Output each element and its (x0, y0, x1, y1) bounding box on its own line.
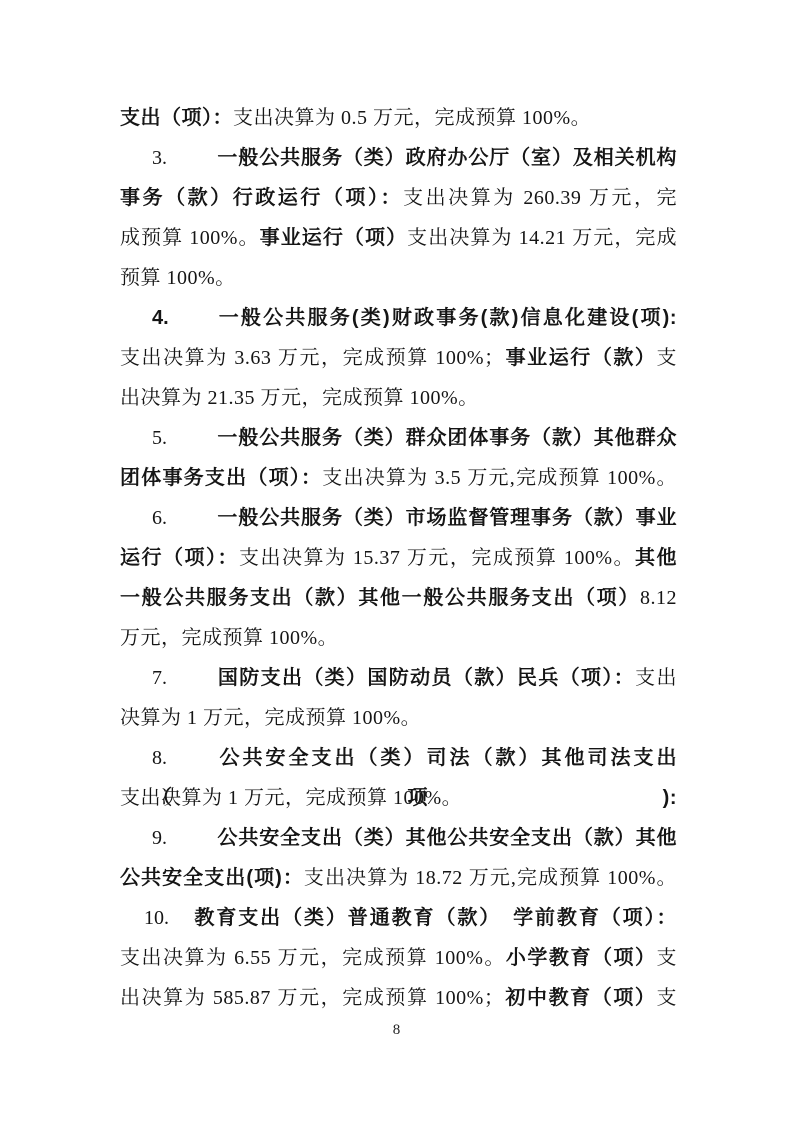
body-text: 万元，完成预算 100%。 (120, 627, 338, 649)
body-text: 支出决算为 260.39 万元，完 (403, 187, 677, 209)
body-text: 预算 100%。 (120, 267, 236, 289)
text-line: 支出（项）：支出决算为 0.5 万元，完成预算 100%。 (120, 98, 677, 138)
budget-heading-text: 公共安全支出(项)： (120, 867, 304, 889)
page-number: 8 (0, 1018, 793, 1042)
budget-heading-text: 一般公共服务支出（款）其他一般公共服务支出（项） (120, 587, 640, 609)
text-line: 7.国防支出（类）国防动员（款）民兵（项）：支出 (120, 658, 677, 698)
budget-heading-text: 运行（项）： (120, 547, 239, 569)
body-text: 支出决算为 3.5 万元,完成预算 100%。 (322, 467, 677, 489)
text-line: 10.教育支出（类）普通教育（款） 学前教育（项）： (120, 898, 677, 938)
budget-heading-text: 一般公共服务（类）政府办公厅（室）及相关机构 (217, 147, 677, 169)
paragraph-number: 8. (152, 738, 217, 778)
budget-heading-text: 事业运行（款） (505, 347, 657, 369)
budget-heading-text: 事务（款）行政运行（项）： (120, 187, 403, 209)
paragraph-number: 9. (152, 818, 217, 858)
body-text: 支出决算为 3.63 万元，完成预算 100%； (120, 347, 505, 369)
text-line: 公共安全支出(项)：支出决算为 18.72 万元,完成预算 100%。 (120, 858, 677, 898)
text-line: 万元，完成预算 100%。 (120, 618, 677, 658)
body-text: 8.12 (640, 587, 677, 609)
text-line: 事务（款）行政运行（项）：支出决算为 260.39 万元，完 (120, 178, 677, 218)
text-line: 出决算为 21.35 万元，完成预算 100%。 (120, 378, 677, 418)
body-text: 支 (657, 947, 678, 969)
text-line: 出决算为 585.87 万元，完成预算 100%；初中教育（项）支 (120, 978, 677, 1018)
body-text: 支出决算为 15.37 万元，完成预算 100%。 (239, 547, 635, 569)
text-line: 5.一般公共服务（类）群众团体事务（款）其他群众 (120, 418, 677, 458)
text-line: 成预算 100%。事业运行（项）支出决算为 14.21 万元，完成 (120, 218, 677, 258)
budget-heading-text: 一般公共服务(类)财政事务(款)信息化建设(项): (217, 307, 677, 329)
body-text: 支 (657, 347, 678, 369)
paragraph-number: 3. (152, 138, 217, 178)
budget-heading-text: 事业运行（项） (260, 227, 408, 249)
body-text: 支 (657, 987, 678, 1009)
budget-heading-text: 公共安全支出（类）其他公共安全支出（款）其他 (217, 827, 677, 849)
body-text: 支出决算为 14.21 万元，完成 (407, 227, 677, 249)
body-text: 决算为 1 万元，完成预算 100%。 (120, 707, 421, 729)
paragraph-number: 5. (152, 418, 217, 458)
text-block: 支出（项）：支出决算为 0.5 万元，完成预算 100%。3.一般公共服务（类）… (120, 98, 677, 1018)
budget-heading-text: 小学教育（项） (506, 947, 657, 969)
text-line: 决算为 1 万元，完成预算 100%。 (120, 698, 677, 738)
budget-heading-text: 一般公共服务（类）市场监督管理事务（款）事业 (217, 507, 677, 529)
text-line: 一般公共服务支出（款）其他一般公共服务支出（项）8.12 (120, 578, 677, 618)
text-line: 6.一般公共服务（类）市场监督管理事务（款）事业 (120, 498, 677, 538)
budget-heading-text: 团体事务支出（项）： (120, 467, 322, 489)
paragraph-number: 7. (152, 658, 217, 698)
text-line: 预算 100%。 (120, 258, 677, 298)
body-text: 支出决算为 6.55 万元，完成预算 100%。 (120, 947, 506, 969)
body-text: 支出决算为 0.5 万元，完成预算 100%。 (233, 107, 591, 129)
text-line: 4.一般公共服务(类)财政事务(款)信息化建设(项): (120, 298, 677, 338)
text-line: 团体事务支出（项）：支出决算为 3.5 万元,完成预算 100%。 (120, 458, 677, 498)
budget-heading-text: 教育支出（类）普通教育（款） 学前教育（项）： (193, 907, 677, 929)
text-line: 支出决算为 3.63 万元，完成预算 100%；事业运行（款）支 (120, 338, 677, 378)
body-text: 成预算 100%。 (120, 227, 260, 249)
paragraph-number: 4. (152, 298, 217, 338)
budget-heading-text: 初中教育（项） (504, 987, 656, 1009)
paragraph-number: 10. (144, 898, 193, 938)
text-line: 支出决算为 6.55 万元，完成预算 100%。小学教育（项）支 (120, 938, 677, 978)
body-text: 出决算为 585.87 万元，完成预算 100%； (120, 987, 504, 1009)
text-line: 8.公共安全支出（类）司法（款）其他司法支出（项): (120, 738, 677, 778)
body-text: 支出 (635, 667, 677, 689)
budget-heading-text: 国防支出（类）国防动员（款）民兵（项）： (217, 667, 635, 689)
budget-heading-text: 其他 (635, 547, 677, 569)
text-line: 9.公共安全支出（类）其他公共安全支出（款）其他 (120, 818, 677, 858)
text-line: 运行（项）：支出决算为 15.37 万元，完成预算 100%。其他 (120, 538, 677, 578)
body-text: 支出决算为 1 万元，完成预算 100%。 (120, 787, 462, 809)
text-line: 3.一般公共服务（类）政府办公厅（室）及相关机构 (120, 138, 677, 178)
body-text: 支出决算为 18.72 万元,完成预算 100%。 (304, 867, 677, 889)
budget-heading-text: 一般公共服务（类）群众团体事务（款）其他群众 (217, 427, 677, 449)
body-text: 出决算为 21.35 万元，完成预算 100%。 (120, 387, 479, 409)
paragraph-number: 6. (152, 498, 217, 538)
document-page: 支出（项）：支出决算为 0.5 万元，完成预算 100%。3.一般公共服务（类）… (0, 0, 793, 1122)
budget-heading-text: 支出（项）： (120, 107, 233, 129)
